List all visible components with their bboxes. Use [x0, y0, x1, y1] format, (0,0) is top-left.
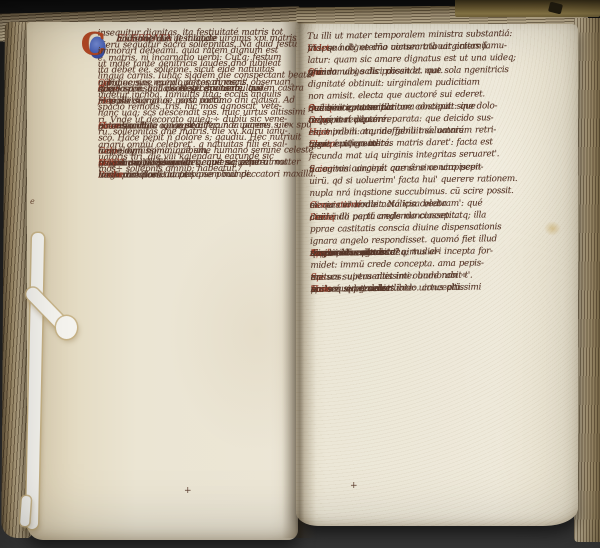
manuscript-line: ammonemur ut inlaude uirginis xpi matris [98, 32, 294, 45]
manuscript-line: immorari debeami. quia ratem dignum est [98, 45, 294, 58]
manuscript-line: fons ille signatus. porta indomo dñi cla… [98, 95, 294, 108]
manuscript-line: scó. Hace pepit ñ dolore s; gaudiü. Hec … [98, 132, 294, 145]
manuscript-photo: insequitur dignitas. ita festiuitaté mat… [0, 0, 600, 548]
margin-catchword: e [30, 197, 35, 206]
book-cover-edge [455, 0, 600, 17]
parchment-flaw-tip [56, 316, 77, 339]
celebrata-paragraph: C ELEBRATA hodierne diei festiuitatéammo… [98, 32, 295, 182]
manuscript-line: hanc uaq; scs descendit sps. huic uirtus… [98, 107, 294, 120]
left-page-text: insequitur dignitas. ita festiuitaté mat… [98, 26, 295, 182]
right-page-end-cross-icon: + [350, 481, 358, 491]
manuscript-line: magnü salutare mulierü. que sic pepit ut… [98, 157, 294, 170]
manuscript-line: bouti maxillam: ut per ipse pbuit peccat… [98, 169, 294, 182]
right-page-text: Tu illi ut mater temporalem ministra sub… [307, 27, 575, 296]
left-page-end-cross-icon: + [184, 486, 192, 496]
manuscript-line: lingua carnis. Iuhac siqdem die conspect… [98, 70, 294, 83]
manuscript-line: ut indie tante genitricis laudes dño iub… [98, 57, 294, 70]
manuscript-line: speciosa é. quá ds elegit sponsam. que m… [98, 82, 294, 95]
manuscript-line: go casta. Hec concepit uirgo ñ e uacere:… [98, 119, 294, 132]
manuscript-line: laude dignissima. que sine humano semine… [98, 144, 294, 157]
